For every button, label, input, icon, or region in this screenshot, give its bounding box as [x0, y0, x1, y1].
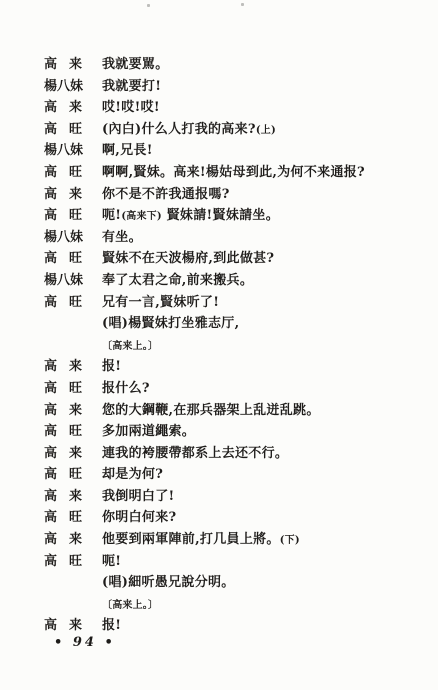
- speaker-char: 妹: [70, 270, 83, 292]
- speaker-char: 高: [44, 421, 57, 443]
- dialogue-segment: 呃!: [102, 554, 121, 569]
- dialogue-text: 我倒明白了!: [102, 486, 175, 508]
- dialogue-text: 啊,兄長!: [102, 140, 153, 162]
- script-line: (唱)細听愚兄說分明。: [0, 572, 438, 594]
- dialogue-segment: 多加兩道繩索。: [102, 424, 195, 439]
- speaker-name: 高来: [44, 529, 82, 551]
- speaker-char: 楊: [44, 227, 57, 249]
- dialogue-text: 我就要打!: [102, 76, 161, 98]
- speaker-char: 高: [44, 162, 57, 184]
- speaker-char: 高: [44, 400, 57, 422]
- speaker-name: 楊八妹: [44, 140, 82, 162]
- speaker-name: 高来: [44, 400, 82, 422]
- script-line: 高来报!: [0, 356, 438, 378]
- dialogue-text: 奉了太君之命,前来搬兵。: [102, 270, 253, 292]
- speaker-char: 高: [44, 551, 57, 573]
- speaker-name: [44, 313, 82, 335]
- speaker-char: 来: [69, 486, 82, 508]
- script-line: 高来連我的袴腰帶都系上去还不行。: [0, 443, 438, 465]
- speaker-char: 旺: [69, 162, 82, 184]
- speaker-char: 旺: [69, 551, 82, 573]
- speaker-char: 来: [69, 356, 82, 378]
- speaker-char: 高: [44, 378, 57, 400]
- speaker-char: 来: [69, 529, 82, 551]
- speaker-name: 高旺: [44, 162, 82, 184]
- dialogue-segment: 奉了太君之命,前来搬兵。: [102, 273, 253, 288]
- speaker-char: 来: [69, 400, 82, 422]
- speaker-char: 高: [44, 529, 57, 551]
- scan-speck: [241, 3, 244, 6]
- speaker-name: 高旺: [44, 248, 82, 270]
- dialogue-text: 报!: [102, 356, 121, 378]
- dialogue-text: 多加兩道繩索。: [102, 421, 195, 443]
- speaker-name: 高旺: [44, 551, 82, 573]
- speaker-char: 旺: [69, 507, 82, 529]
- scan-speck: [147, 4, 150, 7]
- speaker-char: 妹: [70, 76, 83, 98]
- speaker-char: 楊: [44, 140, 57, 162]
- stage-direction: 〔高来上。〕: [102, 600, 158, 611]
- script-line: 高来哎!哎!哎!: [0, 97, 438, 119]
- dialogue-text: 兄有一言,賢妹听了!: [102, 292, 219, 314]
- dialogue-segment: 您的大鋼鞭,在那兵器架上乱迸乱跳。: [102, 403, 320, 418]
- script-line: 〔高来上。〕: [0, 594, 438, 616]
- dialogue-text: 哎!哎!哎!: [102, 97, 160, 119]
- speaker-char: 旺: [69, 248, 82, 270]
- speaker-char: 高: [44, 54, 57, 76]
- dialogue-text: 他要到兩軍陣前,打几員上將。(下): [102, 529, 300, 551]
- script-line: (唱)楊賢妹打坐雅志厅,: [0, 313, 438, 335]
- speaker-char: 高: [44, 97, 57, 119]
- script-line: 高旺报什么?: [0, 378, 438, 400]
- speaker-char: 来: [69, 615, 82, 637]
- dialogue-segment: 我就要打!: [102, 79, 161, 94]
- speaker-name: 楊八妹: [44, 270, 82, 292]
- dialogue-segment: 連我的袴腰帶都系上去还不行。: [102, 446, 288, 461]
- dialogue-text: (內白)什么人打我的高来?(上): [102, 119, 276, 141]
- stage-direction: 〔高来上。〕: [102, 341, 158, 352]
- script-line: 楊八妹有坐。: [0, 227, 438, 249]
- script-line: 高来我倒明白了!: [0, 486, 438, 508]
- dialogue-segment: 賢妹請!賢妹請坐。: [162, 208, 279, 223]
- speaker-char: 妹: [70, 140, 83, 162]
- dialogue-segment: 我就要駡。: [102, 57, 169, 72]
- speaker-char: 高: [44, 464, 57, 486]
- dialogue-segment: 哎!哎!哎!: [102, 100, 160, 115]
- speaker-name: 高旺: [44, 507, 82, 529]
- speaker-char: 来: [69, 184, 82, 206]
- speaker-char: 高: [44, 486, 57, 508]
- script-line: 〔高来上。〕: [0, 335, 438, 357]
- speaker-char: 妹: [70, 227, 83, 249]
- speaker-name: [44, 335, 82, 357]
- speaker-char: 旺: [69, 421, 82, 443]
- speaker-name: 高来: [44, 356, 82, 378]
- dialogue-segment: 却是为何?: [102, 467, 163, 482]
- speaker-char: 旺: [69, 378, 82, 400]
- dialogue-segment: 你不是不許我通报嗎?: [102, 187, 230, 202]
- speaker-name: 高来: [44, 615, 82, 637]
- dialogue-text: 〔高来上。〕: [102, 335, 158, 357]
- speaker-char: 旺: [69, 464, 82, 486]
- dialogue-text: 賢妹不在天波楊府,到此做甚?: [102, 248, 274, 270]
- dialogue-segment: 兄有一言,賢妹听了!: [102, 295, 219, 310]
- script-line: 高旺啊啊,賢妹。高来!楊姑母到此,为何不来通报?: [0, 162, 438, 184]
- dialogue-text: 連我的袴腰帶都系上去还不行。: [102, 443, 288, 465]
- script-line: 高旺你明白何来?: [0, 507, 438, 529]
- speaker-char: 来: [69, 97, 82, 119]
- script-line: 高来您的大鋼鞭,在那兵器架上乱迸乱跳。: [0, 400, 438, 422]
- script-line: 高来我就要駡。: [0, 54, 438, 76]
- dialogue-text: 却是为何?: [102, 464, 163, 486]
- stage-direction: (下): [280, 535, 300, 546]
- dialogue-text: 报什么?: [102, 378, 150, 400]
- script-line: 高旺却是为何?: [0, 464, 438, 486]
- dialogue-segment: 报!: [102, 618, 121, 633]
- speaker-name: 高来: [44, 443, 82, 465]
- dialogue-text: (唱)楊賢妹打坐雅志厅,: [102, 313, 239, 335]
- speaker-name: 高旺: [44, 378, 82, 400]
- dialogue-text: 您的大鋼鞭,在那兵器架上乱迸乱跳。: [102, 400, 320, 422]
- dialogue-text: 啊啊,賢妹。高来!楊姑母到此,为何不来通报?: [102, 162, 365, 184]
- dialogue-segment: 啊,兄長!: [102, 143, 153, 158]
- stage-direction: (高来下): [121, 211, 161, 222]
- script-line: 高来报!: [0, 615, 438, 637]
- dialogue-segment: (唱)楊賢妹打坐雅志厅,: [102, 316, 239, 331]
- script-line: 高旺兄有一言,賢妹听了!: [0, 292, 438, 314]
- speaker-char: 旺: [69, 205, 82, 227]
- dialogue-text: 你不是不許我通报嗎?: [102, 184, 230, 206]
- speaker-char: 高: [44, 205, 57, 227]
- dialogue-segment: 有坐。: [102, 230, 142, 245]
- speaker-name: 高来: [44, 486, 82, 508]
- dialogue-segment: (唱)細听愚兄說分明。: [102, 575, 235, 590]
- speaker-char: 高: [44, 292, 57, 314]
- speaker-name: 高旺: [44, 464, 82, 486]
- speaker-char: 旺: [69, 119, 82, 141]
- dialogue-text: (唱)細听愚兄說分明。: [102, 572, 235, 594]
- script-line: 高旺多加兩道繩索。: [0, 421, 438, 443]
- speaker-char: 楊: [44, 270, 57, 292]
- script-line: 高旺呃!: [0, 551, 438, 573]
- speaker-char: 楊: [44, 76, 57, 98]
- speaker-name: 高来: [44, 184, 82, 206]
- script-line: 高来他要到兩軍陣前,打几員上將。(下): [0, 529, 438, 551]
- speaker-char: 八: [57, 227, 70, 249]
- speaker-name: 高来: [44, 97, 82, 119]
- dialogue-text: 呃!(高来下) 賢妹請!賢妹請坐。: [102, 205, 279, 227]
- speaker-name: [44, 572, 82, 594]
- page-number: • 94 •: [54, 635, 116, 650]
- dialogue-segment: 賢妹不在天波楊府,到此做甚?: [102, 251, 274, 266]
- dialogue-text: 你明白何来?: [102, 507, 176, 529]
- speaker-char: 高: [44, 615, 57, 637]
- speaker-name: 高旺: [44, 292, 82, 314]
- script-line: 楊八妹奉了太君之命,前来搬兵。: [0, 270, 438, 292]
- speaker-char: 来: [69, 54, 82, 76]
- dialogue-segment: 他要到兩軍陣前,打几員上將。: [102, 532, 280, 547]
- dialogue-text: 有坐。: [102, 227, 142, 249]
- dialogue-segment: 报什么?: [102, 381, 150, 396]
- script-line: 高旺賢妹不在天波楊府,到此做甚?: [0, 248, 438, 270]
- speaker-char: 高: [44, 507, 57, 529]
- speaker-char: 八: [57, 76, 70, 98]
- speaker-name: 高旺: [44, 205, 82, 227]
- dialogue-text: 呃!: [102, 551, 121, 573]
- stage-direction: (上): [256, 125, 276, 136]
- speaker-char: 高: [44, 356, 57, 378]
- script-line: 楊八妹我就要打!: [0, 76, 438, 98]
- speaker-name: 高旺: [44, 421, 82, 443]
- speaker-char: 高: [44, 248, 57, 270]
- dialogue-segment: 我倒明白了!: [102, 489, 175, 504]
- dialogue-text: 我就要駡。: [102, 54, 169, 76]
- speaker-char: 旺: [69, 292, 82, 314]
- speaker-char: 来: [69, 443, 82, 465]
- speaker-name: 楊八妹: [44, 227, 82, 249]
- dialogue-segment: 报!: [102, 359, 121, 374]
- speaker-name: 楊八妹: [44, 76, 82, 98]
- speaker-name: 高来: [44, 54, 82, 76]
- book-page: 高来我就要駡。楊八妹我就要打!高来哎!哎!哎!高旺(內白)什么人打我的高来?(上…: [0, 0, 438, 690]
- speaker-char: 高: [44, 184, 57, 206]
- dialogue-segment: 你明白何来?: [102, 510, 176, 525]
- speaker-char: 高: [44, 443, 57, 465]
- speaker-char: 高: [44, 119, 57, 141]
- dialogue-segment: 啊啊,賢妹。高来!楊姑母到此,为何不来通报?: [102, 165, 365, 180]
- dialogue-text: 〔高来上。〕: [102, 594, 158, 616]
- dialogue-segment: (內白)什么人打我的高来?: [102, 122, 256, 137]
- speaker-name: 高旺: [44, 119, 82, 141]
- script-line: 高旺呃!(高来下) 賢妹請!賢妹請坐。: [0, 205, 438, 227]
- speaker-name: [44, 594, 82, 616]
- script-lines: 高来我就要駡。楊八妹我就要打!高来哎!哎!哎!高旺(內白)什么人打我的高来?(上…: [0, 54, 438, 637]
- script-line: 高来你不是不許我通报嗎?: [0, 184, 438, 206]
- script-line: 高旺(內白)什么人打我的高来?(上): [0, 119, 438, 141]
- dialogue-text: 报!: [102, 615, 121, 637]
- speaker-char: 八: [57, 140, 70, 162]
- script-line: 楊八妹啊,兄長!: [0, 140, 438, 162]
- dialogue-segment: 呃!: [102, 208, 121, 223]
- speaker-char: 八: [57, 270, 70, 292]
